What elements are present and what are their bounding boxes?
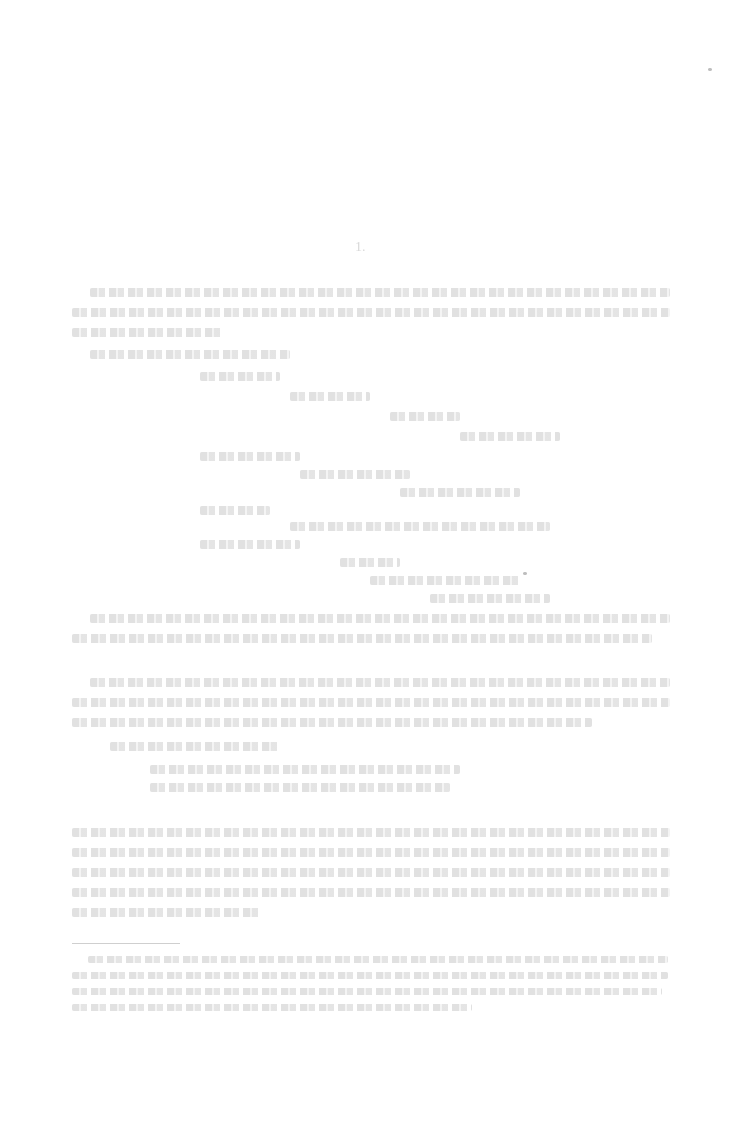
document-page: 1.: [0, 0, 729, 1146]
footnote-rule: [72, 943, 180, 944]
scan-speck: [708, 68, 712, 71]
section-marker: 1.: [355, 240, 366, 256]
scan-speck: [523, 572, 527, 575]
